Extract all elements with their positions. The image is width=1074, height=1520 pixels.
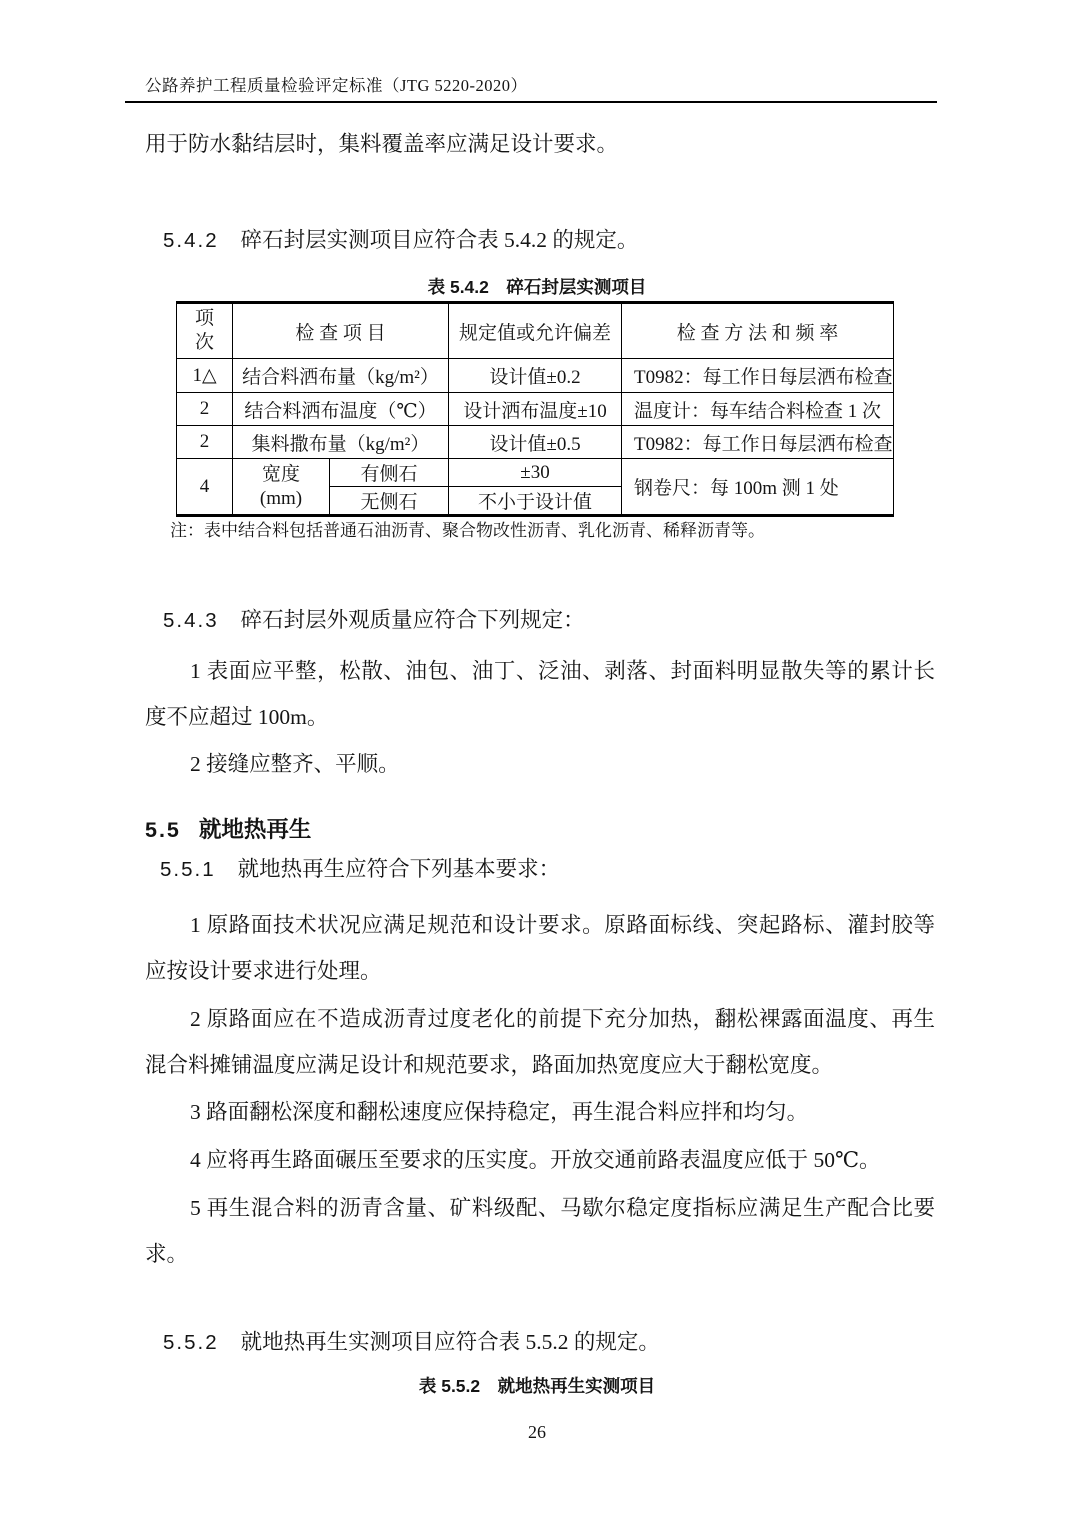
header-rule: [125, 101, 937, 103]
para-5-5-1-item2-line2: 混合料摊铺温度应满足设计和规范要求，路面加热宽度应大于翻松宽度。: [145, 1052, 833, 1079]
row3-method: T0982：每工作日每层洒布检查 1 次: [622, 426, 894, 459]
section-5-5-2: 5.5.2就地热再生实测项目应符合表 5.5.2 的规定。: [163, 1329, 660, 1356]
table-5-4-2: 项 次 检 查 项 目 规定值或允许偏差 检 查 方 法 和 频 率 1△ 结合…: [176, 301, 894, 517]
row4-method: 钢卷尺：每 100m 测 1 处: [622, 459, 894, 516]
para-5-5-1-item5-line1: 5 再生混合料的沥青含量、矿料级配、马歇尔稳定度指标应满足生产配合比要: [190, 1195, 935, 1222]
row3-item: 集料撒布量（kg/m²）: [233, 426, 449, 459]
table-header-spec-tolerance: 规定值或允许偏差: [449, 303, 622, 359]
row4a-spec: ±30: [449, 459, 622, 487]
intro-paragraph: 用于防水黏结层时，集料覆盖率应满足设计要求。: [145, 131, 618, 158]
para-5-4-3-item1-line2: 度不应超过 100m。: [145, 704, 328, 731]
row1-no: 1△: [177, 359, 233, 393]
row1-method: T0982：每工作日每层洒布检查 1 次: [622, 359, 894, 393]
table-header-check-item: 检 查 项 目: [233, 303, 449, 359]
table-header-method-frequency: 检 查 方 法 和 频 率: [622, 303, 894, 359]
table-5-4-2-note: 注：表中结合料包括普通石油沥青、聚合物改性沥青、乳化沥青、稀释沥青等。: [170, 516, 765, 541]
row4a-condition: 有侧石: [330, 459, 449, 487]
row4b-spec: 不小于设计值: [449, 487, 622, 516]
header-xiang: 项: [181, 307, 228, 331]
para-5-5-1-item1-line2: 应按设计要求进行处理。: [145, 958, 382, 985]
row3-no: 2: [177, 426, 233, 459]
row3-spec: 设计值±0.5: [449, 426, 622, 459]
para-5-4-3-item2: 2 接缝应整齐、平顺。: [190, 751, 400, 778]
section-5-4-2: 5.4.2碎石封层实测项目应符合表 5.4.2 的规定。: [163, 227, 638, 254]
section-5-5-2-number: 5.5.2: [163, 1331, 219, 1354]
section-5-5-1-text: 就地热再生应符合下列基本要求：: [238, 857, 561, 881]
para-5-5-1-item3: 3 路面翻松深度和翻松速度应保持稳定，再生混合料应拌和均匀。: [190, 1099, 808, 1126]
para-5-5-1-item5-line2: 求。: [145, 1241, 188, 1268]
section-5-4-3: 5.4.3碎石封层外观质量应符合下列规定：: [163, 607, 585, 634]
row4-item-line1: 宽度: [237, 463, 325, 487]
section-5-5-heading: 5.5就地热再生: [145, 812, 311, 844]
row1-spec: 设计值±0.2: [449, 359, 622, 393]
row2-spec: 设计洒布温度±10: [449, 393, 622, 426]
section-5-5-number: 5.5: [145, 818, 181, 842]
section-5-4-2-number: 5.4.2: [163, 229, 219, 252]
row1-item: 结合料洒布量（kg/m²）: [233, 359, 449, 393]
para-5-5-1-item2-line1: 2 原路面应在不造成沥青过度老化的前提下充分加热，翻松裸露面温度、再生: [190, 1006, 935, 1033]
section-5-5-1: 5.5.1就地热再生应符合下列基本要求：: [160, 856, 560, 883]
row2-no: 2: [177, 393, 233, 426]
para-5-5-1-item1-line1: 1 原路面技术状况应满足规范和设计要求。原路面标线、突起路标、灌封胶等: [190, 912, 935, 939]
header-ci: 次: [181, 331, 228, 355]
document-page: 公路养护工程质量检验评定标准（JTG 5220-2020） 用于防水黏结层时，集…: [0, 0, 1074, 1520]
row2-method: 温度计：每车结合料检查 1 次: [622, 393, 894, 426]
page-number: 26: [0, 1422, 1074, 1443]
running-header-title: 公路养护工程质量检验评定标准（JTG 5220-2020）: [145, 72, 528, 96]
section-5-5-1-number: 5.5.1: [160, 858, 216, 881]
row4-no: 4: [177, 459, 233, 516]
table-header-item-no: 项 次: [177, 303, 233, 359]
section-5-4-2-text: 碎石封层实测项目应符合表 5.4.2 的规定。: [241, 228, 639, 252]
table-5-4-2-caption: 表 5.4.2 碎石封层实测项目: [0, 274, 1074, 299]
row2-item: 结合料洒布温度（℃）: [233, 393, 449, 426]
row4-item: 宽度 (mm): [233, 459, 330, 516]
row4b-condition: 无侧石: [330, 487, 449, 516]
row4-item-line2: (mm): [237, 487, 325, 511]
section-5-4-3-number: 5.4.3: [163, 609, 219, 632]
section-5-5-2-text: 就地热再生实测项目应符合表 5.5.2 的规定。: [241, 1330, 660, 1354]
para-5-5-1-item4: 4 应将再生路面碾压至要求的压实度。开放交通前路表温度应低于 50℃。: [190, 1147, 881, 1174]
para-5-4-3-item1-line1: 1 表面应平整，松散、油包、油丁、泛油、剥落、封面料明显散失等的累计长: [190, 658, 935, 685]
section-5-5-title: 就地热再生: [199, 817, 312, 842]
table-5-5-2-caption: 表 5.5.2 就地热再生实测项目: [0, 1373, 1074, 1398]
section-5-4-3-text: 碎石封层外观质量应符合下列规定：: [241, 608, 585, 632]
